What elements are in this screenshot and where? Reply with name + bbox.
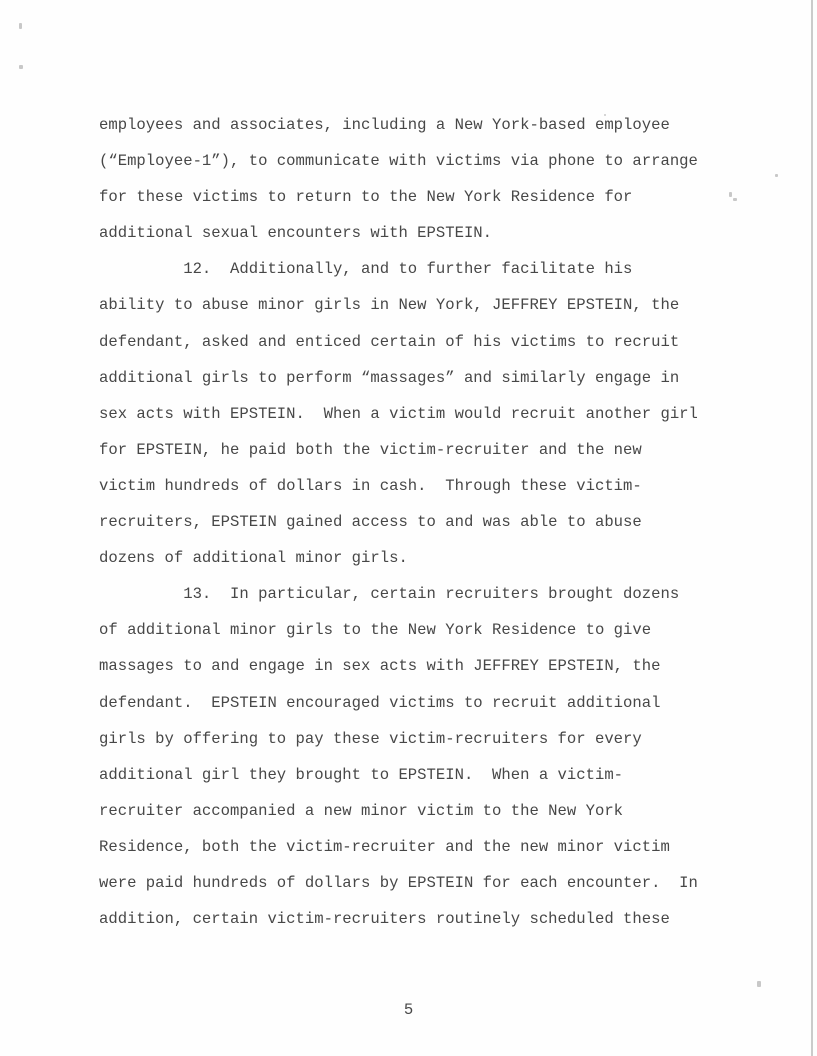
document-line: Residence, both the victim-recruiter and… [99, 829, 759, 865]
scan-speck [19, 65, 23, 69]
document-page: employees and associates, including a Ne… [0, 0, 817, 1056]
page-number: 5 [0, 992, 817, 1028]
document-line: additional girl they brought to EPSTEIN.… [99, 757, 759, 793]
document-line: dozens of additional minor girls. [99, 540, 759, 576]
document-line: addition, certain victim-recruiters rout… [99, 901, 759, 937]
document-line: (“Employee-1”), to communicate with vict… [99, 143, 759, 179]
scan-speck [729, 192, 732, 197]
document-line: for these victims to return to the New Y… [99, 179, 759, 215]
document-line: recruiters, EPSTEIN gained access to and… [99, 504, 759, 540]
document-line: defendant. EPSTEIN encouraged victims to… [99, 685, 759, 721]
scan-speck [775, 174, 778, 177]
document-line: of additional minor girls to the New Yor… [99, 612, 759, 648]
scan-speck [604, 114, 606, 116]
document-line: for EPSTEIN, he paid both the victim-rec… [99, 432, 759, 468]
document-line: sex acts with EPSTEIN. When a victim wou… [99, 396, 759, 432]
scan-speck [733, 198, 737, 201]
document-line: massages to and engage in sex acts with … [99, 648, 759, 684]
document-line: additional girls to perform “massages” a… [99, 360, 759, 396]
document-line: additional sexual encounters with EPSTEI… [99, 215, 759, 251]
document-line: victim hundreds of dollars in cash. Thro… [99, 468, 759, 504]
document-line: employees and associates, including a Ne… [99, 107, 759, 143]
document-line: 12. Additionally, and to further facilit… [99, 251, 759, 287]
document-line: recruiter accompanied a new minor victim… [99, 793, 759, 829]
scan-edge-line [811, 0, 813, 1056]
scan-speck [757, 981, 761, 987]
document-line: defendant, asked and enticed certain of … [99, 324, 759, 360]
document-line: were paid hundreds of dollars by EPSTEIN… [99, 865, 759, 901]
document-line: 13. In particular, certain recruiters br… [99, 576, 759, 612]
document-body: employees and associates, including a Ne… [99, 107, 759, 937]
scan-speck [19, 23, 22, 29]
document-line: ability to abuse minor girls in New York… [99, 287, 759, 323]
document-line: girls by offering to pay these victim-re… [99, 721, 759, 757]
